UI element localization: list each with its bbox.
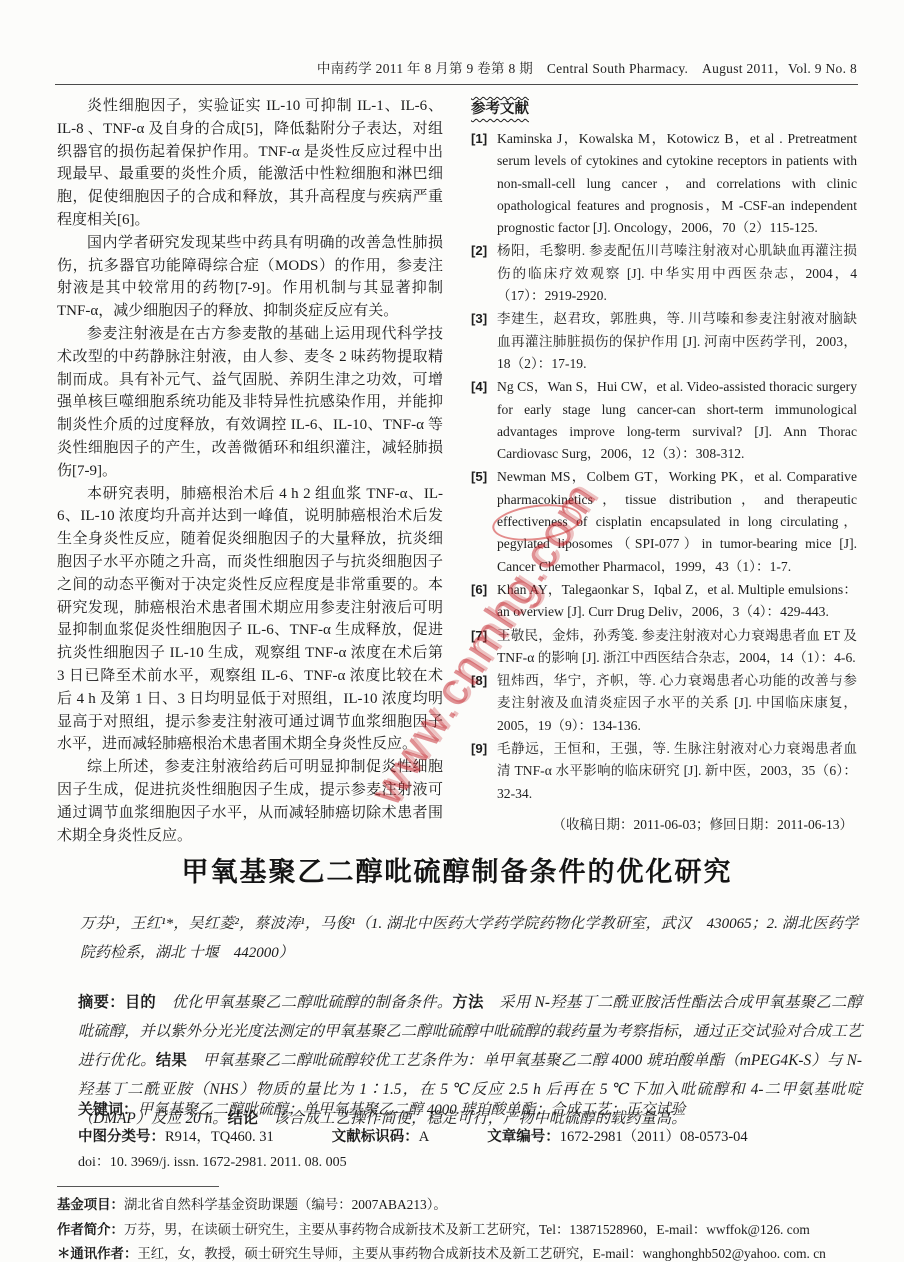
reference-item: [6] Khan AY，Talegaonkar S，Iqbal Z，et al.… — [471, 579, 857, 624]
footnote-text: 王红，女，教授，硕士研究生导师，主要从事药物合成新技术及新工艺研究，E-mail… — [137, 1246, 826, 1261]
keywords-label: 关键词： — [78, 1101, 138, 1118]
meta-value: R914，TQ460. 31 — [165, 1129, 274, 1145]
footnote-label: 基金项目： — [57, 1197, 124, 1212]
reference-text: 毛静远，王恒和，王强，等. 生脉注射液对心力衰竭患者血清 TNF-α 水平影响的… — [497, 738, 857, 805]
reference-number: [6] — [471, 579, 497, 624]
two-column-body: 炎性细胞因子，实验证实 IL-10 可抑制 IL-1、IL-6、IL-8 、TN… — [57, 95, 857, 847]
left-column-paragraphs: 炎性细胞因子，实验证实 IL-10 可抑制 IL-1、IL-6、IL-8 、TN… — [57, 95, 443, 847]
reference-item: [7] 王敬民，金炜，孙秀笺. 参麦注射液对心力衰竭患者血 ET 及 TNF-α… — [471, 625, 857, 670]
reference-text: Newman MS，Colbem GT，Working PK，et al. Co… — [497, 466, 857, 577]
reference-item: [5] Newman MS，Colbem GT，Working PK，et al… — [471, 466, 857, 577]
classification-meta-line: 中图分类号：R914，TQ460. 31文献标识码：A文章编号：1672-298… — [78, 1124, 862, 1150]
reference-item: [9] 毛静远，王恒和，王强，等. 生脉注射液对心力衰竭患者血清 TNF-α 水… — [471, 738, 857, 805]
footnote-text: 湖北省自然科学基金资助课题（编号：2007ABA213）。 — [124, 1197, 447, 1212]
reference-text: 杨阳，毛黎明. 参麦配伍川芎嗪注射液对心肌缺血再灌注损伤的临床疗效观察 [J].… — [497, 240, 857, 307]
reference-text: Ng CS，Wan S，Hui CW，et al. Video-assisted… — [497, 376, 857, 465]
body-paragraph: 综上所述，参麦注射液给药后可明显抑制促炎性细胞因子生成，促进抗炎性细胞因子生成，… — [57, 756, 443, 847]
footnote-line: ＊通讯作者：王红，女，教授，硕士研究生导师，主要从事药物合成新技术及新工艺研究，… — [57, 1242, 861, 1262]
body-paragraph: 炎性细胞因子，实验证实 IL-10 可抑制 IL-1、IL-6、IL-8 、TN… — [57, 95, 443, 232]
reference-number: [4] — [471, 376, 497, 465]
abstract-section-label: 结果 — [156, 1052, 187, 1069]
reference-item: [1] Kaminska J，Kowalska M，Kotowicz B，et … — [471, 128, 857, 239]
meta-pair: 文献标识码：A — [332, 1124, 429, 1150]
reference-number: [3] — [471, 308, 497, 375]
reference-text: Kaminska J，Kowalska M，Kotowicz B，et al .… — [497, 128, 857, 239]
meta-value: 1672-2981（2011）08-0573-04 — [560, 1129, 748, 1145]
footnote-line: 作者简介：万芬，男，在读硕士研究生，主要从事药物合成新技术及新工艺研究，Tel：… — [57, 1218, 861, 1243]
reference-item: [8] 钮炜西，华宁，齐帜，等. 心力衰竭患者心功能的改善与参麦注射液及血清炎症… — [471, 670, 857, 737]
body-paragraph: 本研究表明，肺癌根治术后 4 h 2 组血浆 TNF-α、IL-6、IL-10 … — [57, 483, 443, 757]
reference-number: [5] — [471, 466, 497, 577]
reference-item: [4] Ng CS，Wan S，Hui CW，et al. Video-assi… — [471, 376, 857, 465]
footnote-label: ＊通讯作者： — [57, 1246, 137, 1261]
doi-line: doi：10. 3969/j. issn. 1672-2981. 2011. 0… — [78, 1151, 862, 1171]
footnote-line: 基金项目：湖北省自然科学基金资助课题（编号：2007ABA213）。 — [57, 1193, 861, 1218]
reference-number: [9] — [471, 738, 497, 805]
reference-item: [3] 李建生，赵君玫，郭胜典，等. 川芎嗪和参麦注射液对脑缺血再灌注肺脏损伤的… — [471, 308, 857, 375]
keywords-text: 甲氧基聚乙二醇吡硫醇；单甲氧基聚乙二醇 4000 琥珀酸单酯；合成工艺；正交试验 — [138, 1102, 686, 1118]
footnote-label: 作者简介： — [57, 1222, 124, 1237]
received-revised-dates: （收稿日期：2011-06-03；修回日期：2011-06-13） — [471, 813, 857, 833]
journal-header-line: 中南药学 2011 年 8 月第 9 卷第 8 期 Central South … — [57, 57, 857, 77]
footnotes-block: 基金项目：湖北省自然科学基金资助课题（编号：2007ABA213）。 作者简介：… — [57, 1193, 861, 1262]
references-heading: 参考文献 — [471, 97, 529, 118]
reference-number: [2] — [471, 240, 497, 307]
article-title: 甲氧基聚乙二醇吡硫醇制备条件的优化研究 — [57, 850, 857, 889]
footnote-divider — [57, 1186, 219, 1187]
body-paragraph: 参麦注射液是在古方参麦散的基础上运用现代科学技术改型的中药静脉注射液，由人参、麦… — [57, 323, 443, 483]
meta-label: 文章编号： — [487, 1129, 560, 1145]
abstract-section-label: 目的 — [125, 994, 156, 1011]
abstract-segment: 摘要： — [78, 994, 125, 1011]
abstract-section-label: 方法 — [452, 994, 483, 1011]
reference-number: [7] — [471, 625, 497, 670]
keywords-line: 关键词：甲氧基聚乙二醇吡硫醇；单甲氧基聚乙二醇 4000 琥珀酸单酯；合成工艺；… — [78, 1097, 862, 1123]
footnote-text: 万芬，男，在读硕士研究生，主要从事药物合成新技术及新工艺研究，Tel：13871… — [124, 1222, 810, 1237]
reference-list: [1] Kaminska J，Kowalska M，Kotowicz B，et … — [471, 128, 857, 805]
reference-text: 王敬民，金炜，孙秀笺. 参麦注射液对心力衰竭患者血 ET 及 TNF-α 的影响… — [497, 625, 857, 670]
reference-number: [8] — [471, 670, 497, 737]
header-divider — [55, 84, 858, 85]
meta-pair: 中图分类号：R914，TQ460. 31 — [78, 1124, 274, 1150]
abstract-segment: 目的 优化甲氧基聚乙二醇吡硫醇的制备条件。 — [125, 994, 453, 1011]
right-column-references: 参考文献 [1] Kaminska J，Kowalska M，Kotowicz … — [471, 95, 857, 847]
authors-affiliations-line: 万芬¹，王红¹*，吴红菱²，蔡波涛¹，马俊¹（1. 湖北中医药大学药学院药物化学… — [80, 910, 858, 968]
meta-label: 中图分类号： — [78, 1129, 165, 1145]
reference-text: Khan AY，Talegaonkar S，Iqbal Z，et al. Mul… — [497, 579, 857, 624]
abstract-section-label: 摘要： — [78, 994, 125, 1011]
scanned-journal-page: 中南药学 2011 年 8 月第 9 卷第 8 期 Central South … — [0, 0, 904, 1262]
reference-number: [1] — [471, 128, 497, 239]
meta-label: 文献标识码： — [332, 1129, 419, 1145]
meta-pair: 文章编号：1672-2981（2011）08-0573-04 — [487, 1124, 747, 1150]
reference-item: [2] 杨阳，毛黎明. 参麦配伍川芎嗪注射液对心肌缺血再灌注损伤的临床疗效观察 … — [471, 240, 857, 307]
body-paragraph: 国内学者研究发现某些中药具有明确的改善急性肺损伤，抗多器官功能障碍综合症（MOD… — [57, 232, 443, 323]
reference-text: 钮炜西，华宁，齐帜，等. 心力衰竭患者心功能的改善与参麦注射液及血清炎症因子水平… — [497, 670, 857, 737]
abstract-section-text: 优化甲氧基聚乙二醇吡硫醇的制备条件。 — [156, 994, 452, 1011]
meta-value: A — [419, 1129, 429, 1145]
reference-text: 李建生，赵君玫，郭胜典，等. 川芎嗪和参麦注射液对脑缺血再灌注肺脏损伤的保护作用… — [497, 308, 857, 375]
